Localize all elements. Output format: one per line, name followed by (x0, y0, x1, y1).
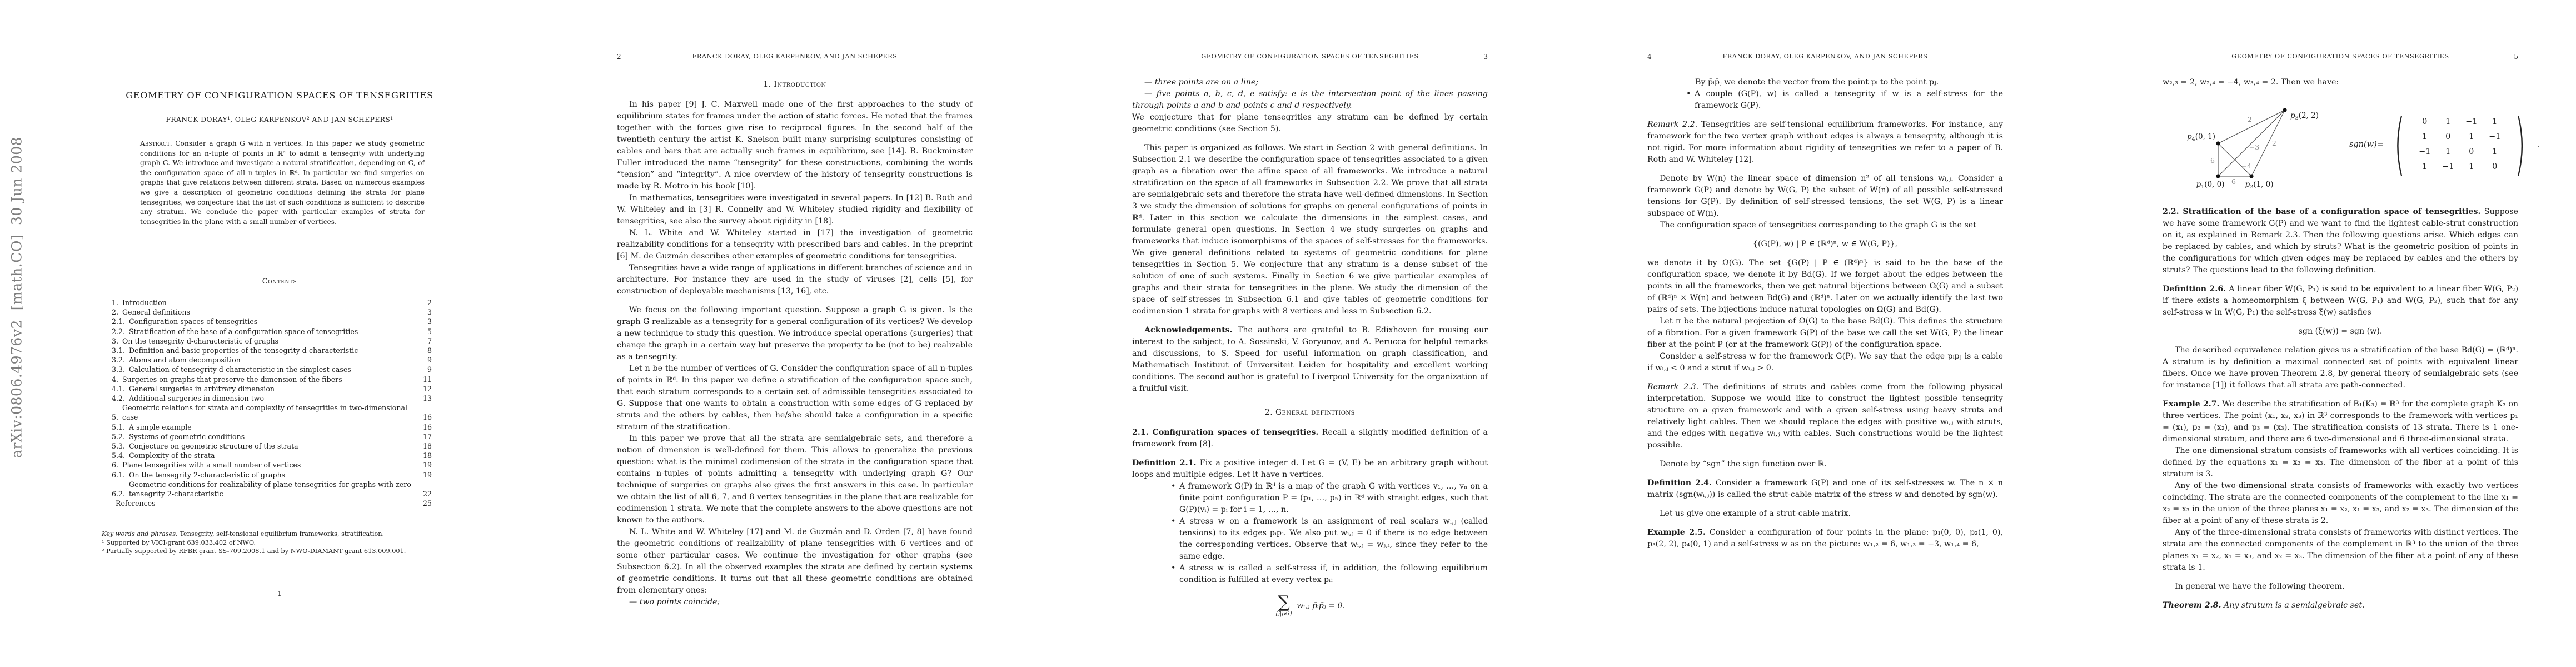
vertex-dot (2216, 141, 2220, 145)
paragraph: Example 2.7. We describe the stratificat… (2163, 399, 2518, 445)
vertex-dot (2216, 174, 2220, 178)
toc-label: Geometric conditions for realizability o… (129, 480, 423, 499)
bullet-item: A couple (G(P), w) is called a tensegrit… (1686, 88, 2003, 112)
sigma-symbol: ∑ (1278, 595, 1289, 610)
paragraph: Acknowledgements. The authors are gratef… (1132, 325, 1488, 395)
post-figure-text: 2.2. Stratification of the base of a con… (2163, 206, 2518, 611)
paragraph: 2.1. Configuration spaces of tensegritie… (1132, 427, 1488, 450)
paragraph-text: Any of the two-dimensional strata consis… (2163, 481, 2518, 525)
toc-page-number: 16 (423, 412, 432, 422)
page-3: GEOMETRY OF CONFIGURATION SPACES OF TENS… (1030, 0, 1546, 667)
matrix-cell: 1 (2460, 161, 2483, 173)
toc-page-number: 12 (423, 384, 432, 394)
matrix-cell: −1 (2413, 146, 2437, 158)
edge-weight-label: 6 (2210, 156, 2215, 165)
toc-row: 3.1.Definition and basic properties of t… (112, 346, 432, 355)
display-equation: {(G(P), w) | P ∈ (ℝᵈ)ⁿ, w ∈ W(G, P)}, (1647, 238, 2003, 250)
toc-row: References25 (112, 499, 432, 508)
paragraph-text: We focus on the following important ques… (617, 306, 973, 361)
paragraph: Remark 2.2. Tensegrities are self-tensio… (1647, 119, 2003, 166)
paragraph: Denote by W(n) the linear space of dimen… (1647, 173, 2003, 220)
toc-label: Additional surgeries in dimension two (129, 394, 423, 403)
toc-label: On the tensegrity 2-characteristic of gr… (129, 470, 423, 480)
tensegrity-graph-figure: 2−326−46p1(0, 0)p2(1, 0)p3(2, 2)p4(0, 1) (2163, 91, 2324, 199)
paragraph-lead: Acknowledgements. (1144, 326, 1233, 335)
footnote-lead: Key words and phrases. (102, 530, 178, 537)
running-head-page-number: 3 (1483, 53, 1488, 61)
paragraph: we denote it by Ω(G). The set {G(P) | P … (1647, 257, 2003, 316)
paragraph-text: The one-dimensional stratum consists of … (2163, 446, 2518, 479)
paragraph-lead: Theorem 2.8. (2163, 601, 2221, 610)
toc-row: 6.1.On the tensegrity 2-characteristic o… (112, 470, 432, 480)
toc-number: 5.3. (112, 441, 125, 451)
contents-title: Contents (79, 277, 480, 286)
paragraph-lead: Remark 2.3. (1647, 382, 1698, 391)
toc-label: Definition and basic properties of the t… (129, 346, 427, 355)
toc-number: 3.1. (112, 346, 125, 355)
paragraph-lead: Remark 2.2. (1647, 120, 1697, 129)
toc-label: Complexity of the strata (129, 451, 423, 460)
running-head-title: GEOMETRY OF CONFIGURATION SPACES OF TENS… (1132, 53, 1488, 60)
paragraph-text: In his paper [9] J. C. Maxwell made one … (617, 100, 973, 191)
section-heading: 1. Introduction (617, 79, 973, 91)
toc-page-number: 2 (427, 298, 432, 307)
edge-weight-label: 2 (2248, 115, 2252, 123)
running-head-page-number: 5 (2514, 53, 2518, 61)
paragraph-lead: Example 2.5. (1647, 528, 1706, 537)
matrix-cell: 1 (2437, 116, 2460, 128)
page-2: 2 FRANCK DORAY, OLEG KARPENKOV, AND JAN … (515, 0, 1030, 667)
paragraph: In his paper [9] J. C. Maxwell made one … (617, 99, 973, 192)
toc-row: 4.Surgeries on graphs that preserve the … (112, 375, 432, 384)
matrix-cell: 1 (2483, 116, 2507, 128)
paragraph-lead: 2.2. Stratification of the base of a con… (2163, 207, 2480, 216)
matrix-cell: 1 (2460, 131, 2483, 143)
paragraph: Remark 2.3. The definitions of struts an… (1647, 381, 2003, 451)
toc-number: 6. (112, 460, 118, 470)
paragraph: This paper is organized as follows. We s… (1132, 142, 1488, 317)
toc-number: 3. (112, 336, 118, 346)
toc-page-number: 17 (423, 432, 432, 441)
toc-number: 2.2. (112, 327, 125, 336)
paragraph: — two points coincide; (617, 596, 973, 608)
paragraph: Let π be the natural projection of Ω(G) … (1647, 316, 2003, 351)
toc-page-number: 9 (427, 355, 432, 365)
running-head: GEOMETRY OF CONFIGURATION SPACES OF TENS… (1132, 53, 1488, 62)
toc-page-number: 25 (423, 499, 432, 508)
running-head-title: FRANCK DORAY, OLEG KARPENKOV, AND JAN SC… (1647, 53, 2003, 60)
paragraph-text: Let us give one example of a strut-cable… (1660, 509, 1851, 518)
vertex-label: p2(1, 0) (2245, 180, 2274, 190)
abstract: Abstract. Consider a graph G with n vert… (140, 139, 425, 227)
toc-row: 5.2.Systems of geometric conditions17 (112, 432, 432, 441)
footnotes: Key words and phrases. Tensegrity, self-… (102, 526, 457, 556)
toc-label: Introduction (122, 298, 427, 307)
matrix-cell: 0 (2460, 146, 2483, 158)
footnote-rule (102, 526, 175, 526)
running-head-title: GEOMETRY OF CONFIGURATION SPACES OF TENS… (2163, 53, 2518, 60)
running-head: 4 FRANCK DORAY, OLEG KARPENKOV, AND JAN … (1647, 53, 2003, 62)
matrix-label: sgn(w)= (2349, 139, 2384, 151)
paragraph: By p̄ᵢp̄ⱼ we denote the vector from the … (1695, 77, 2003, 88)
toc-row: 5.4.Complexity of the strata18 (112, 451, 432, 460)
toc-label: Systems of geometric conditions (129, 432, 423, 441)
vertex-dot (2249, 174, 2253, 178)
paragraph-lead: 2.1. Configuration spaces of tensegritie… (1132, 428, 1318, 437)
footnote-text: ¹ Supported by VICI-grant 639.033.402 of… (102, 539, 256, 546)
matrix-cell: −1 (2483, 131, 2507, 143)
running-head-page-number: 2 (617, 53, 621, 61)
paragraph: Let n be the number of vertices of G. Co… (617, 363, 973, 433)
paragraph: w₂,₃ = 2, w₂,₄ = −4, w₃,₄ = 2. Then we h… (2163, 77, 2518, 88)
paragraph-text: — five points a, b, c, d, e satisfy: e i… (1132, 89, 1488, 110)
paragraph-lead: Definition 2.1. (1132, 459, 1196, 467)
running-head: GEOMETRY OF CONFIGURATION SPACES OF TENS… (2163, 53, 2518, 62)
footnote-line: ² Partially supported by RFBR grant SS-7… (102, 547, 457, 556)
page-1: arXiv:0806.4976v2 [math.CO] 30 Jun 2008 … (0, 0, 515, 667)
toc-page-number: 9 (427, 365, 432, 374)
paragraph-text: The described equivalence relation gives… (2163, 346, 2518, 390)
toc-number: 5.2. (112, 432, 125, 441)
paragraph: Consider a self-stress w for the framewo… (1647, 351, 2003, 374)
toc-number: 2.1. (112, 317, 125, 326)
abstract-label: Abstract. (140, 140, 172, 147)
toc-row: 5.1.A simple example16 (112, 422, 432, 432)
paragraph: In this paper we prove that all the stra… (617, 433, 973, 526)
matrix-cell: 0 (2437, 131, 2460, 143)
toc-label: Calculation of tensegrity d-characterist… (129, 365, 427, 374)
toc-row: 2.1.Configuration spaces of tensegrities… (112, 317, 432, 326)
toc-number: 5.4. (112, 451, 125, 460)
paper-title: GEOMETRY OF CONFIGURATION SPACES OF TENS… (79, 90, 480, 101)
display-equation: sgn (ξ(w)) = sgn (w). (2163, 326, 2518, 337)
page-content: w₂,₃ = 2, w₂,₄ = −4, w₃,₄ = 2. Then we h… (2163, 77, 2518, 611)
paper-canvas: { "arxiv_stamp": "arXiv:0806.4976v2 [mat… (0, 0, 2576, 667)
paragraph-text: N. L. White and W. Whiteley [17] and M. … (617, 527, 973, 595)
matrix-cell: 1 (2483, 146, 2507, 158)
sigma-subscript: {j|j≠i} (1275, 611, 1293, 617)
paragraph: 2.2. Stratification of the base of a con… (2163, 206, 2518, 276)
arxiv-stamp-strip: arXiv:0806.4976v2 [math.CO] 30 Jun 2008 (3, 103, 30, 492)
toc-row: 5.Geometric relations for strata and com… (112, 403, 432, 422)
matrix-cell: 1 (2437, 146, 2460, 158)
paragraph-text: N. L. White and W. Whiteley started in [… (617, 228, 973, 261)
paragraph-text: Denote by W(n) the linear space of dimen… (1647, 174, 2003, 218)
matrix-cell: 0 (2413, 116, 2437, 128)
toc-page-number: 13 (423, 394, 432, 403)
edge-weight-label: 6 (2231, 177, 2236, 186)
toc-row: 3.2.Atoms and atom decomposition9 (112, 355, 432, 365)
paragraph: Definition 2.4. Consider a framework G(P… (1647, 477, 2003, 501)
paragraph: N. L. White and W. Whiteley [17] and M. … (617, 526, 973, 596)
paragraph-lead: Definition 2.6. (2163, 285, 2226, 293)
paragraph-text: In this paper we prove that all the stra… (617, 434, 973, 525)
toc-page-number: 8 (427, 346, 432, 355)
toc-page-number: 18 (423, 441, 432, 451)
toc-number: 6.1. (112, 470, 125, 480)
equilibrium-sum-equation: ∑{j|j≠i}wᵢ,ⱼ p̄ᵢp̄ⱼ = 0. (1132, 595, 1488, 617)
toc-row: 5.3.Conjecture on geometric structure of… (112, 441, 432, 451)
matrix-cells: 01−11101−1−11011−110 (2413, 115, 2507, 175)
toc-page-number: 7 (427, 336, 432, 346)
toc-number: 1. (112, 298, 118, 307)
paragraph-text: A stress w is called a self-stress if, i… (1179, 564, 1488, 584)
paragraph-text: In general we have the following theorem… (2175, 582, 2345, 591)
toc-label: General surgeries in arbitrary dimension (129, 384, 423, 394)
paragraph-text: Tensegrities are self-tensional equilibr… (1647, 120, 2003, 164)
paragraph-text: Let π be the natural projection of Ω(G) … (1647, 317, 2003, 349)
toc-number: 2. (112, 307, 118, 317)
paragraph: Theorem 2.8. Any stratum is a semialgebr… (2163, 600, 2518, 611)
paragraph-text: The authors are grateful to B. Edixhoven… (1132, 326, 1488, 393)
toc-page-number: 11 (423, 375, 432, 384)
toc-row: 6.Plane tensegrities with a small number… (112, 460, 432, 470)
paragraph: Let us give one example of a strut-cable… (1647, 508, 2003, 520)
toc-page-number: 19 (423, 470, 432, 480)
toc-label: A simple example (129, 422, 423, 432)
paragraph: Denote by “sgn” the sign function over ℝ… (1647, 459, 2003, 470)
paragraph: The described equivalence relation gives… (2163, 345, 2518, 391)
paragraph-text: The configuration space of tensegrities … (1660, 221, 1976, 230)
footnote-text: ² Partially supported by RFBR grant SS-7… (102, 547, 406, 555)
page-content: — three points are on a line;— five poin… (1132, 77, 1488, 619)
paragraph: N. L. White and W. Whiteley started in [… (617, 227, 973, 262)
edge-weight-label: −3 (2249, 143, 2259, 151)
paragraph-text: we denote it by Ω(G). The set {G(P) | P … (1647, 258, 2003, 314)
paragraph-text: w₂,₃ = 2, w₂,₄ = −4, w₃,₄ = 2. Then we h… (2163, 78, 2339, 87)
matrix-cell: 0 (2483, 161, 2507, 173)
paragraph-text: Denote by “sgn” the sign function over ℝ… (1660, 460, 1827, 469)
paragraph: — three points are on a line; (1132, 77, 1488, 88)
running-head-page-number: 4 (1647, 53, 1652, 61)
matrix-cell: 1 (2413, 161, 2437, 173)
paragraph: In mathematics, tensegrities were invest… (617, 192, 973, 227)
paragraph: Definition 2.6. A linear fiber W(G, P₁) … (2163, 283, 2518, 318)
paragraph: In general we have the following theorem… (2163, 581, 2518, 593)
toc-page-number: 18 (423, 451, 432, 460)
paragraph-text: In mathematics, tensegrities were invest… (617, 193, 973, 226)
vertex-label: p4(0, 1) (2187, 132, 2215, 142)
toc-page-number: 5 (427, 327, 432, 336)
toc-label: Stratification of the base of a configur… (129, 327, 427, 336)
edge-weight-label: 2 (2272, 139, 2276, 147)
toc-number: 4.2. (112, 394, 125, 403)
toc-label: Plane tensegrities with a small number o… (122, 460, 423, 470)
toc-row: 6.2.Geometric conditions for realizabili… (112, 480, 432, 499)
paragraph: The one-dimensional stratum consists of … (2163, 445, 2518, 480)
page-5: GEOMETRY OF CONFIGURATION SPACES OF TENS… (2061, 0, 2576, 667)
matrix-cell: 1 (2413, 131, 2437, 143)
paragraph-text: Tensegrities have a wide range of applic… (617, 263, 973, 296)
bullet-item: A stress w on a framework is an assignme… (1171, 516, 1488, 563)
toc-label: Surgeries on graphs that preserve the di… (122, 375, 423, 384)
toc-number: 4.1. (112, 384, 125, 394)
running-head: 2 FRANCK DORAY, OLEG KARPENKOV, AND JAN … (617, 53, 973, 62)
matrix-cell: −1 (2437, 161, 2460, 173)
toc-label: References (116, 499, 423, 508)
strut-cable-matrix: sgn(w)= ( 01−11101−1−11011−110 ) . (2349, 114, 2539, 175)
paragraph-text: We conjecture that for plane tensegritie… (1132, 113, 1488, 133)
paragraph-text: Any stratum is a semialgebraic set. (2224, 601, 2365, 610)
table-of-contents: 1.Introduction22.General definitions32.1… (112, 298, 432, 508)
toc-page-number: 16 (423, 422, 432, 432)
paragraph-text: Any of the three-dimensional strata cons… (2163, 528, 2518, 572)
paragraph-text: Consider a self-stress w for the framewo… (1647, 352, 2003, 372)
left-paren: ( (2394, 114, 2405, 175)
toc-number: 5.1. (112, 422, 125, 432)
paragraph-text: Suppose we have some framework G(P) and … (2163, 207, 2518, 275)
arxiv-stamp-text: arXiv:0806.4976v2 [math.CO] 30 Jun 2008 (9, 137, 25, 458)
toc-label: Conjecture on geometric structure of the… (129, 441, 423, 451)
paragraph-lead: Example 2.7. (2163, 400, 2220, 409)
toc-row: 1.Introduction2 (112, 298, 432, 307)
page-4: 4 FRANCK DORAY, OLEG KARPENKOV, AND JAN … (1546, 0, 2061, 667)
toc-number: 3.2. (112, 355, 125, 365)
toc-page-number: 3 (427, 307, 432, 317)
toc-number: 4. (112, 375, 118, 384)
vertex-dot (2283, 108, 2286, 112)
toc-number: 6.2. (112, 489, 125, 499)
matrix-period: . (2537, 139, 2540, 151)
sigma-group: ∑{j|j≠i} (1275, 595, 1293, 617)
paragraph: — five points a, b, c, d, e satisfy: e i… (1132, 88, 1488, 112)
paragraph-text: A couple (G(P), w) is called a tensegrit… (1695, 89, 2003, 110)
paragraph: Definition 2.1. Fix a positive integer d… (1132, 457, 1488, 481)
paragraph-text: By p̄ᵢp̄ⱼ we denote the vector from the … (1695, 78, 1939, 87)
toc-number: 3.3. (112, 365, 125, 374)
figure-row: 2−326−46p1(0, 0)p2(1, 0)p3(2, 2)p4(0, 1)… (2163, 91, 2518, 199)
section-heading: 2. General definitions (1132, 407, 1488, 419)
toc-row: 4.2.Additional surgeries in dimension tw… (112, 394, 432, 403)
footnote-lines: Key words and phrases. Tensegrity, self-… (102, 530, 457, 556)
paragraph: We focus on the following important ques… (617, 305, 973, 363)
paragraph-text: A framework G(P) in ℝᵈ is a map of the g… (1179, 482, 1488, 514)
toc-row: 2.General definitions3 (112, 307, 432, 317)
paragraph-text: The definitions of struts and cables com… (1647, 382, 2003, 450)
paragraph-text: — two points coincide; (629, 598, 720, 606)
toc-label: On the tensegrity d-characteristic of gr… (122, 336, 427, 346)
paragraph-text: — three points are on a line; (1144, 78, 1258, 87)
paragraph: Tensegrities have a wide range of applic… (617, 262, 973, 297)
toc-row: 3.On the tensegrity d-characteristic of … (112, 336, 432, 346)
toc-row: 4.1.General surgeries in arbitrary dimen… (112, 384, 432, 394)
toc-label: Geometric relations for strata and compl… (122, 403, 423, 422)
footnote-line: ¹ Supported by VICI-grant 639.033.402 of… (102, 539, 457, 547)
paragraph-text: A stress w on a framework is an assignme… (1179, 517, 1488, 561)
page-content: By p̄ᵢp̄ⱼ we denote the vector from the … (1647, 77, 2003, 550)
footnote-text: Tensegrity, self-tensional equilibrium f… (180, 530, 384, 537)
paragraph: Any of the two-dimensional strata consis… (2163, 480, 2518, 527)
toc-label: Atoms and atom decomposition (129, 355, 427, 365)
paragraph: The configuration space of tensegrities … (1647, 220, 2003, 231)
toc-label: Configuration spaces of tensegrities (129, 317, 427, 326)
edge-weight-label: −4 (2241, 162, 2251, 170)
paragraph-lead: Definition 2.4. (1647, 479, 1712, 487)
bullet-item: A stress w is called a self-stress if, i… (1171, 563, 1488, 586)
abstract-text: Consider a graph G with n vertices. In t… (140, 140, 425, 226)
matrix-cell: −1 (2460, 116, 2483, 128)
right-paren: ) (2514, 114, 2525, 175)
toc-page-number: 19 (423, 460, 432, 470)
toc-label: General definitions (122, 307, 427, 317)
paragraph-text: Let n be the number of vertices of G. Co… (617, 364, 973, 431)
paragraph: Any of the three-dimensional strata cons… (2163, 527, 2518, 574)
bullet-item: A framework G(P) in ℝᵈ is a map of the g… (1171, 481, 1488, 516)
running-head-title: FRANCK DORAY, OLEG KARPENKOV, AND JAN SC… (617, 53, 973, 60)
paragraph: We conjecture that for plane tensegritie… (1132, 112, 1488, 135)
pre-figure-text: w₂,₃ = 2, w₂,₄ = −4, w₃,₄ = 2. Then we h… (2163, 77, 2518, 88)
toc-page-number: 3 (427, 317, 432, 326)
sum-expression: wᵢ,ⱼ p̄ᵢp̄ⱼ = 0. (1297, 600, 1345, 612)
vertex-label: p1(0, 0) (2196, 180, 2225, 190)
toc-row: 2.2.Stratification of the base of a conf… (112, 327, 432, 336)
footnote-line: Key words and phrases. Tensegrity, self-… (102, 530, 457, 539)
toc-row: 3.3.Calculation of tensegrity d-characte… (112, 365, 432, 374)
page-number: 1 (79, 589, 480, 598)
paragraph: Example 2.5. Consider a configuration of… (1647, 527, 2003, 550)
toc-page-number: 22 (423, 489, 432, 499)
page-content: 1. IntroductionIn his paper [9] J. C. Ma… (617, 77, 973, 608)
vertex-label: p3(2, 2) (2290, 111, 2319, 121)
paragraph-text: This paper is organized as follows. We s… (1132, 143, 1488, 316)
paper-authors: FRANCK DORAY¹, OLEG KARPENKOV² AND JAN S… (79, 116, 480, 123)
toc-number: 5. (112, 412, 118, 422)
